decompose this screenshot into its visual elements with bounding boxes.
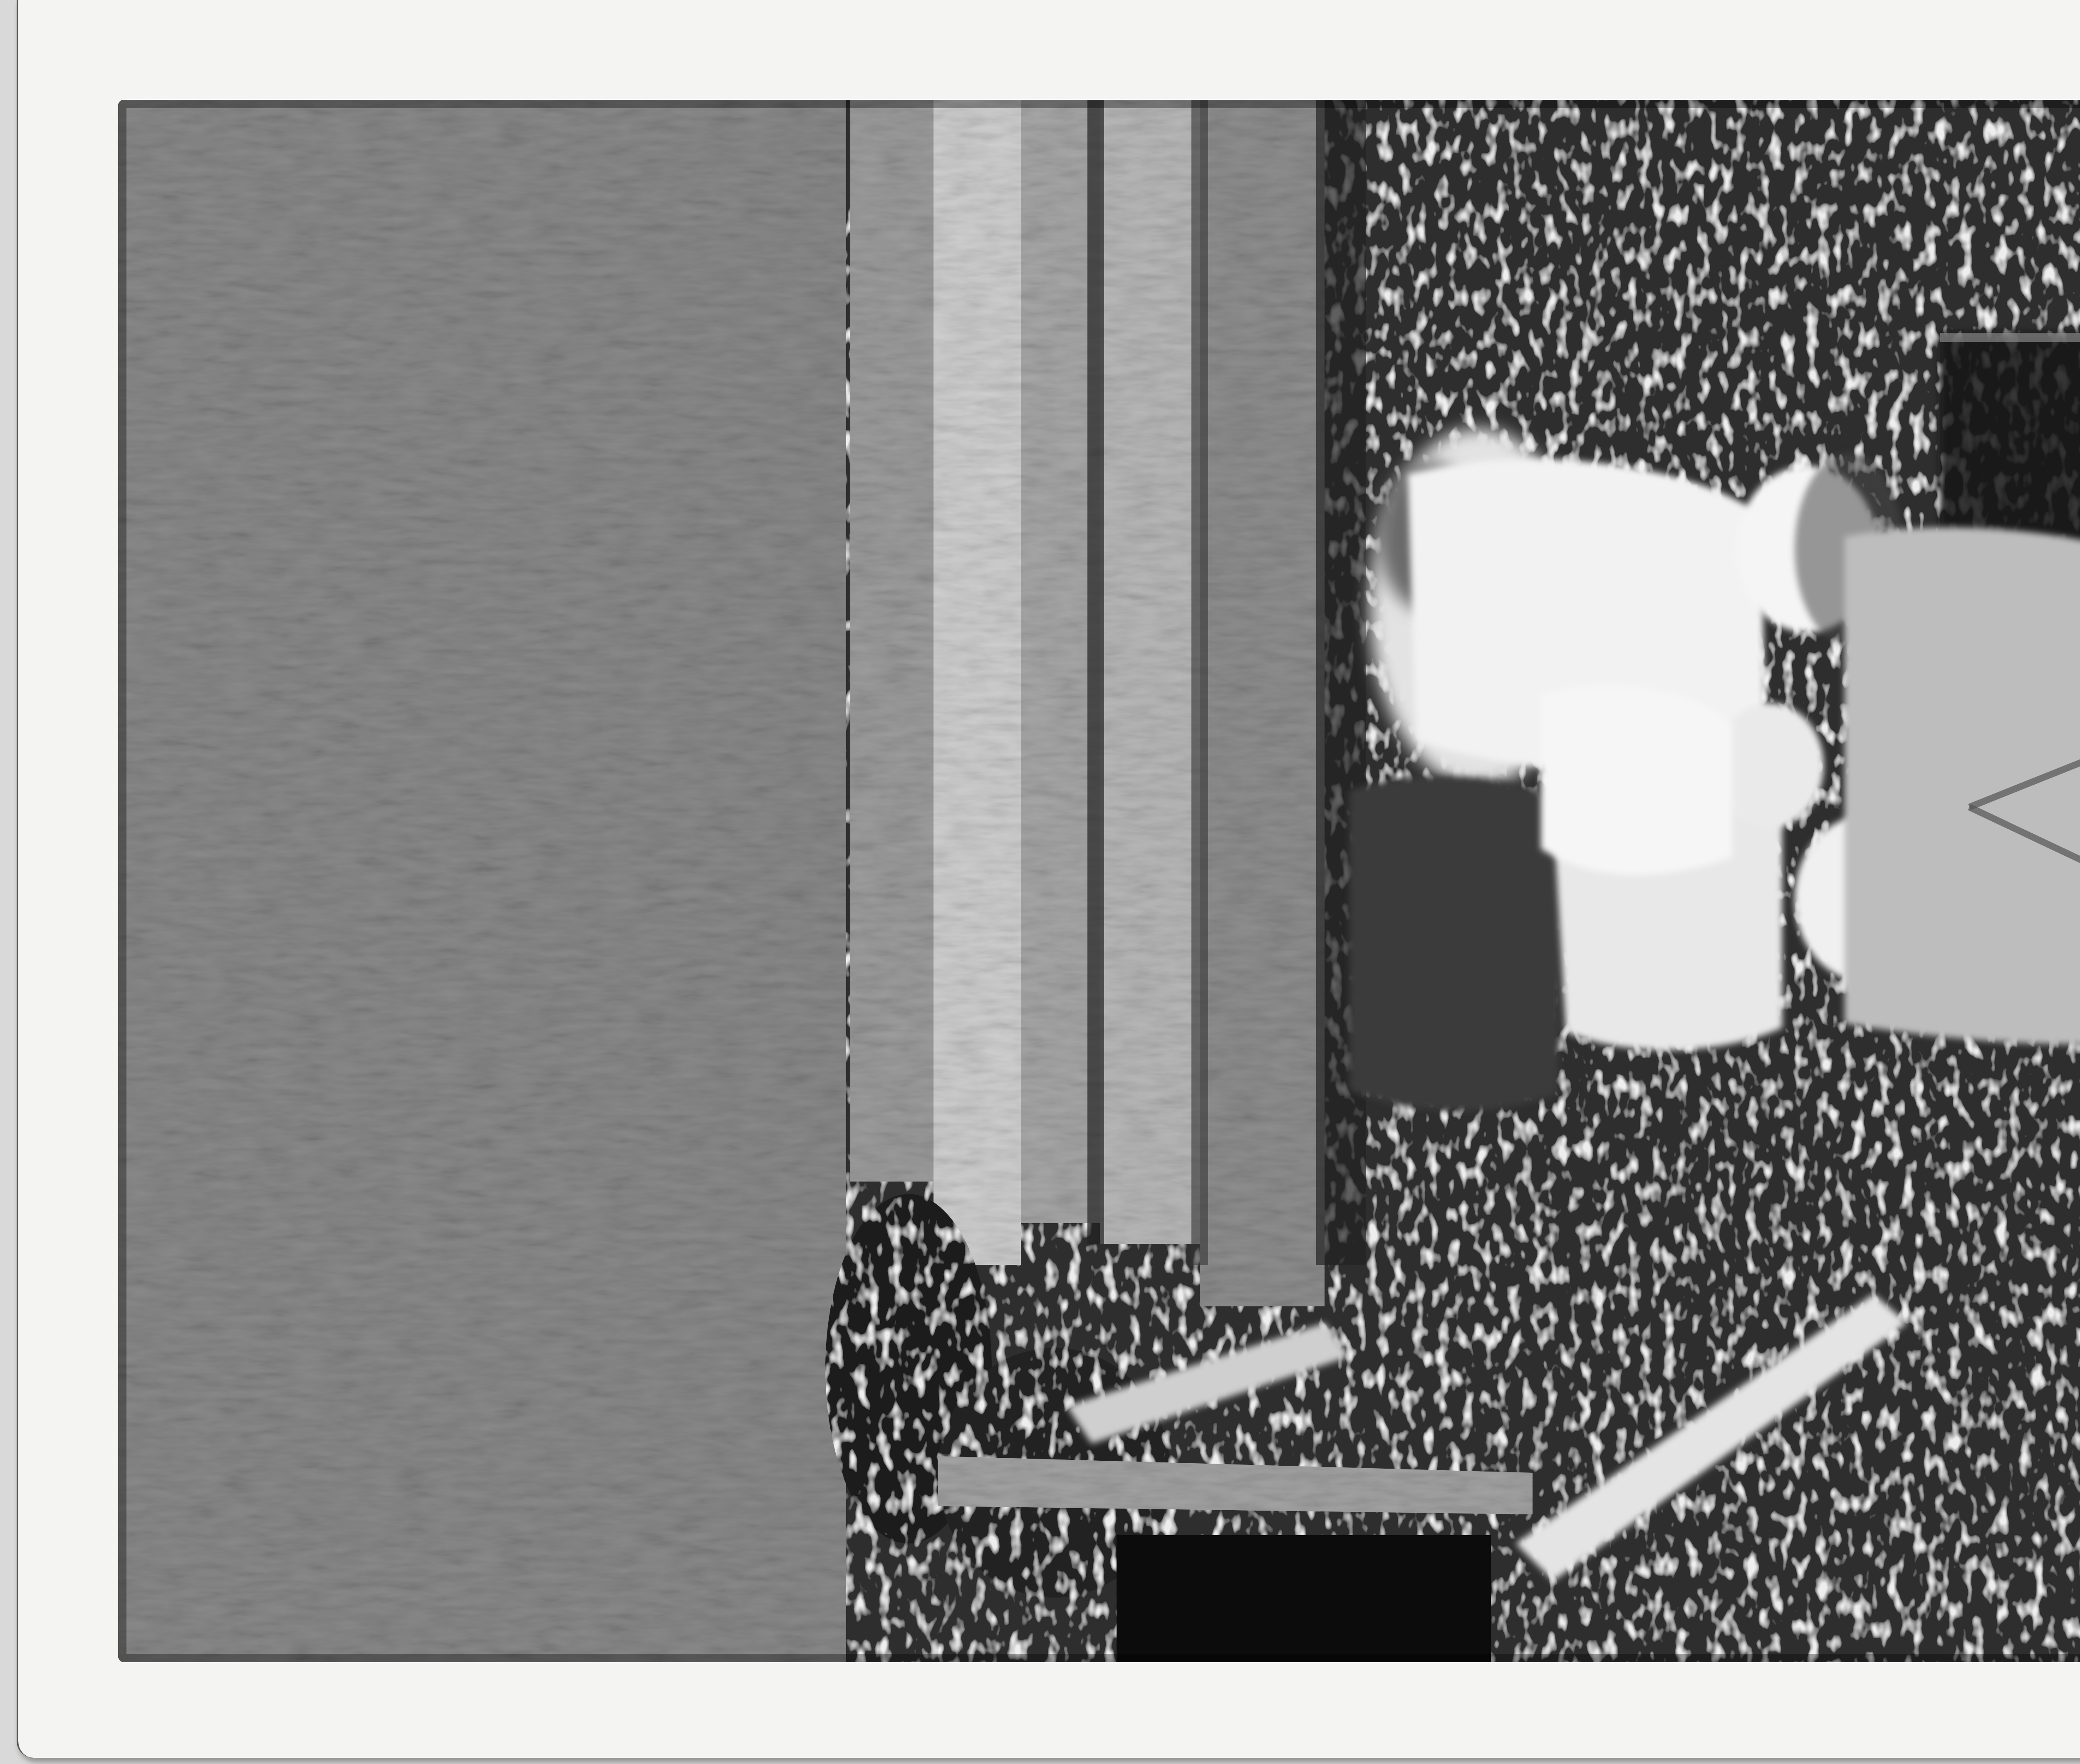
photograph: [118, 100, 2080, 1662]
stone-steps: [850, 100, 1366, 1306]
woman-skirt: [1350, 776, 1566, 1111]
lawn: [118, 100, 846, 1662]
photo-paper-border: [17, 0, 2080, 1758]
man-in-suit: [1845, 527, 2080, 1044]
photo-scene: [118, 100, 2080, 1662]
child: [1541, 686, 1732, 875]
